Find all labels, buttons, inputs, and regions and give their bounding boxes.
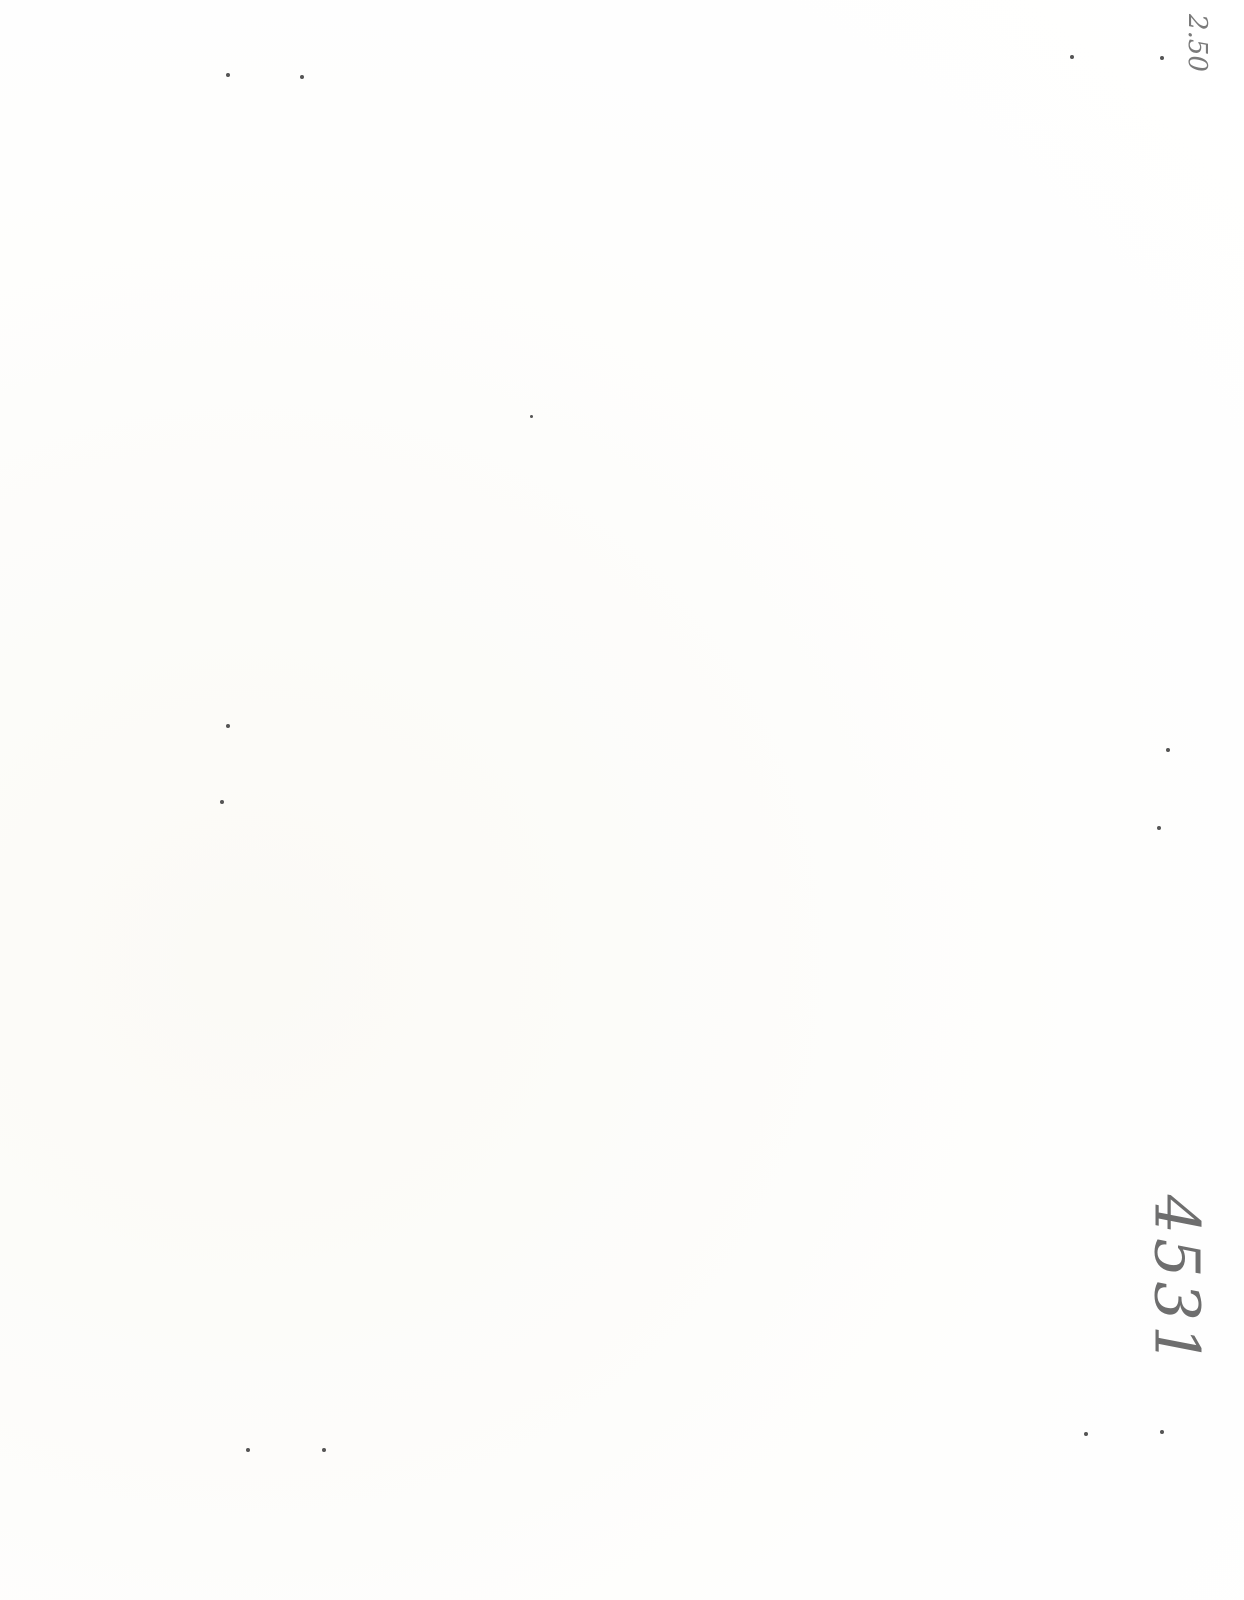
pinhole-mark	[322, 1448, 326, 1452]
pinhole-mark	[226, 73, 230, 77]
pinhole-mark	[1166, 748, 1170, 752]
pinhole-mark	[246, 1448, 250, 1452]
pinhole-mark	[1160, 56, 1164, 60]
blank-sheet: 2.50 4531	[0, 0, 1244, 1600]
pinhole-mark	[226, 724, 230, 728]
pinhole-mark	[1160, 1430, 1164, 1434]
handwritten-reference-number: 4531	[1140, 1195, 1213, 1369]
pinhole-mark	[220, 800, 224, 804]
pinhole-mark	[1084, 1432, 1088, 1436]
pinhole-mark	[300, 75, 304, 79]
pinhole-mark	[1157, 826, 1161, 830]
handwritten-price: 2.50	[1182, 14, 1212, 72]
pinhole-mark	[530, 415, 533, 418]
pinhole-mark	[1070, 55, 1074, 59]
